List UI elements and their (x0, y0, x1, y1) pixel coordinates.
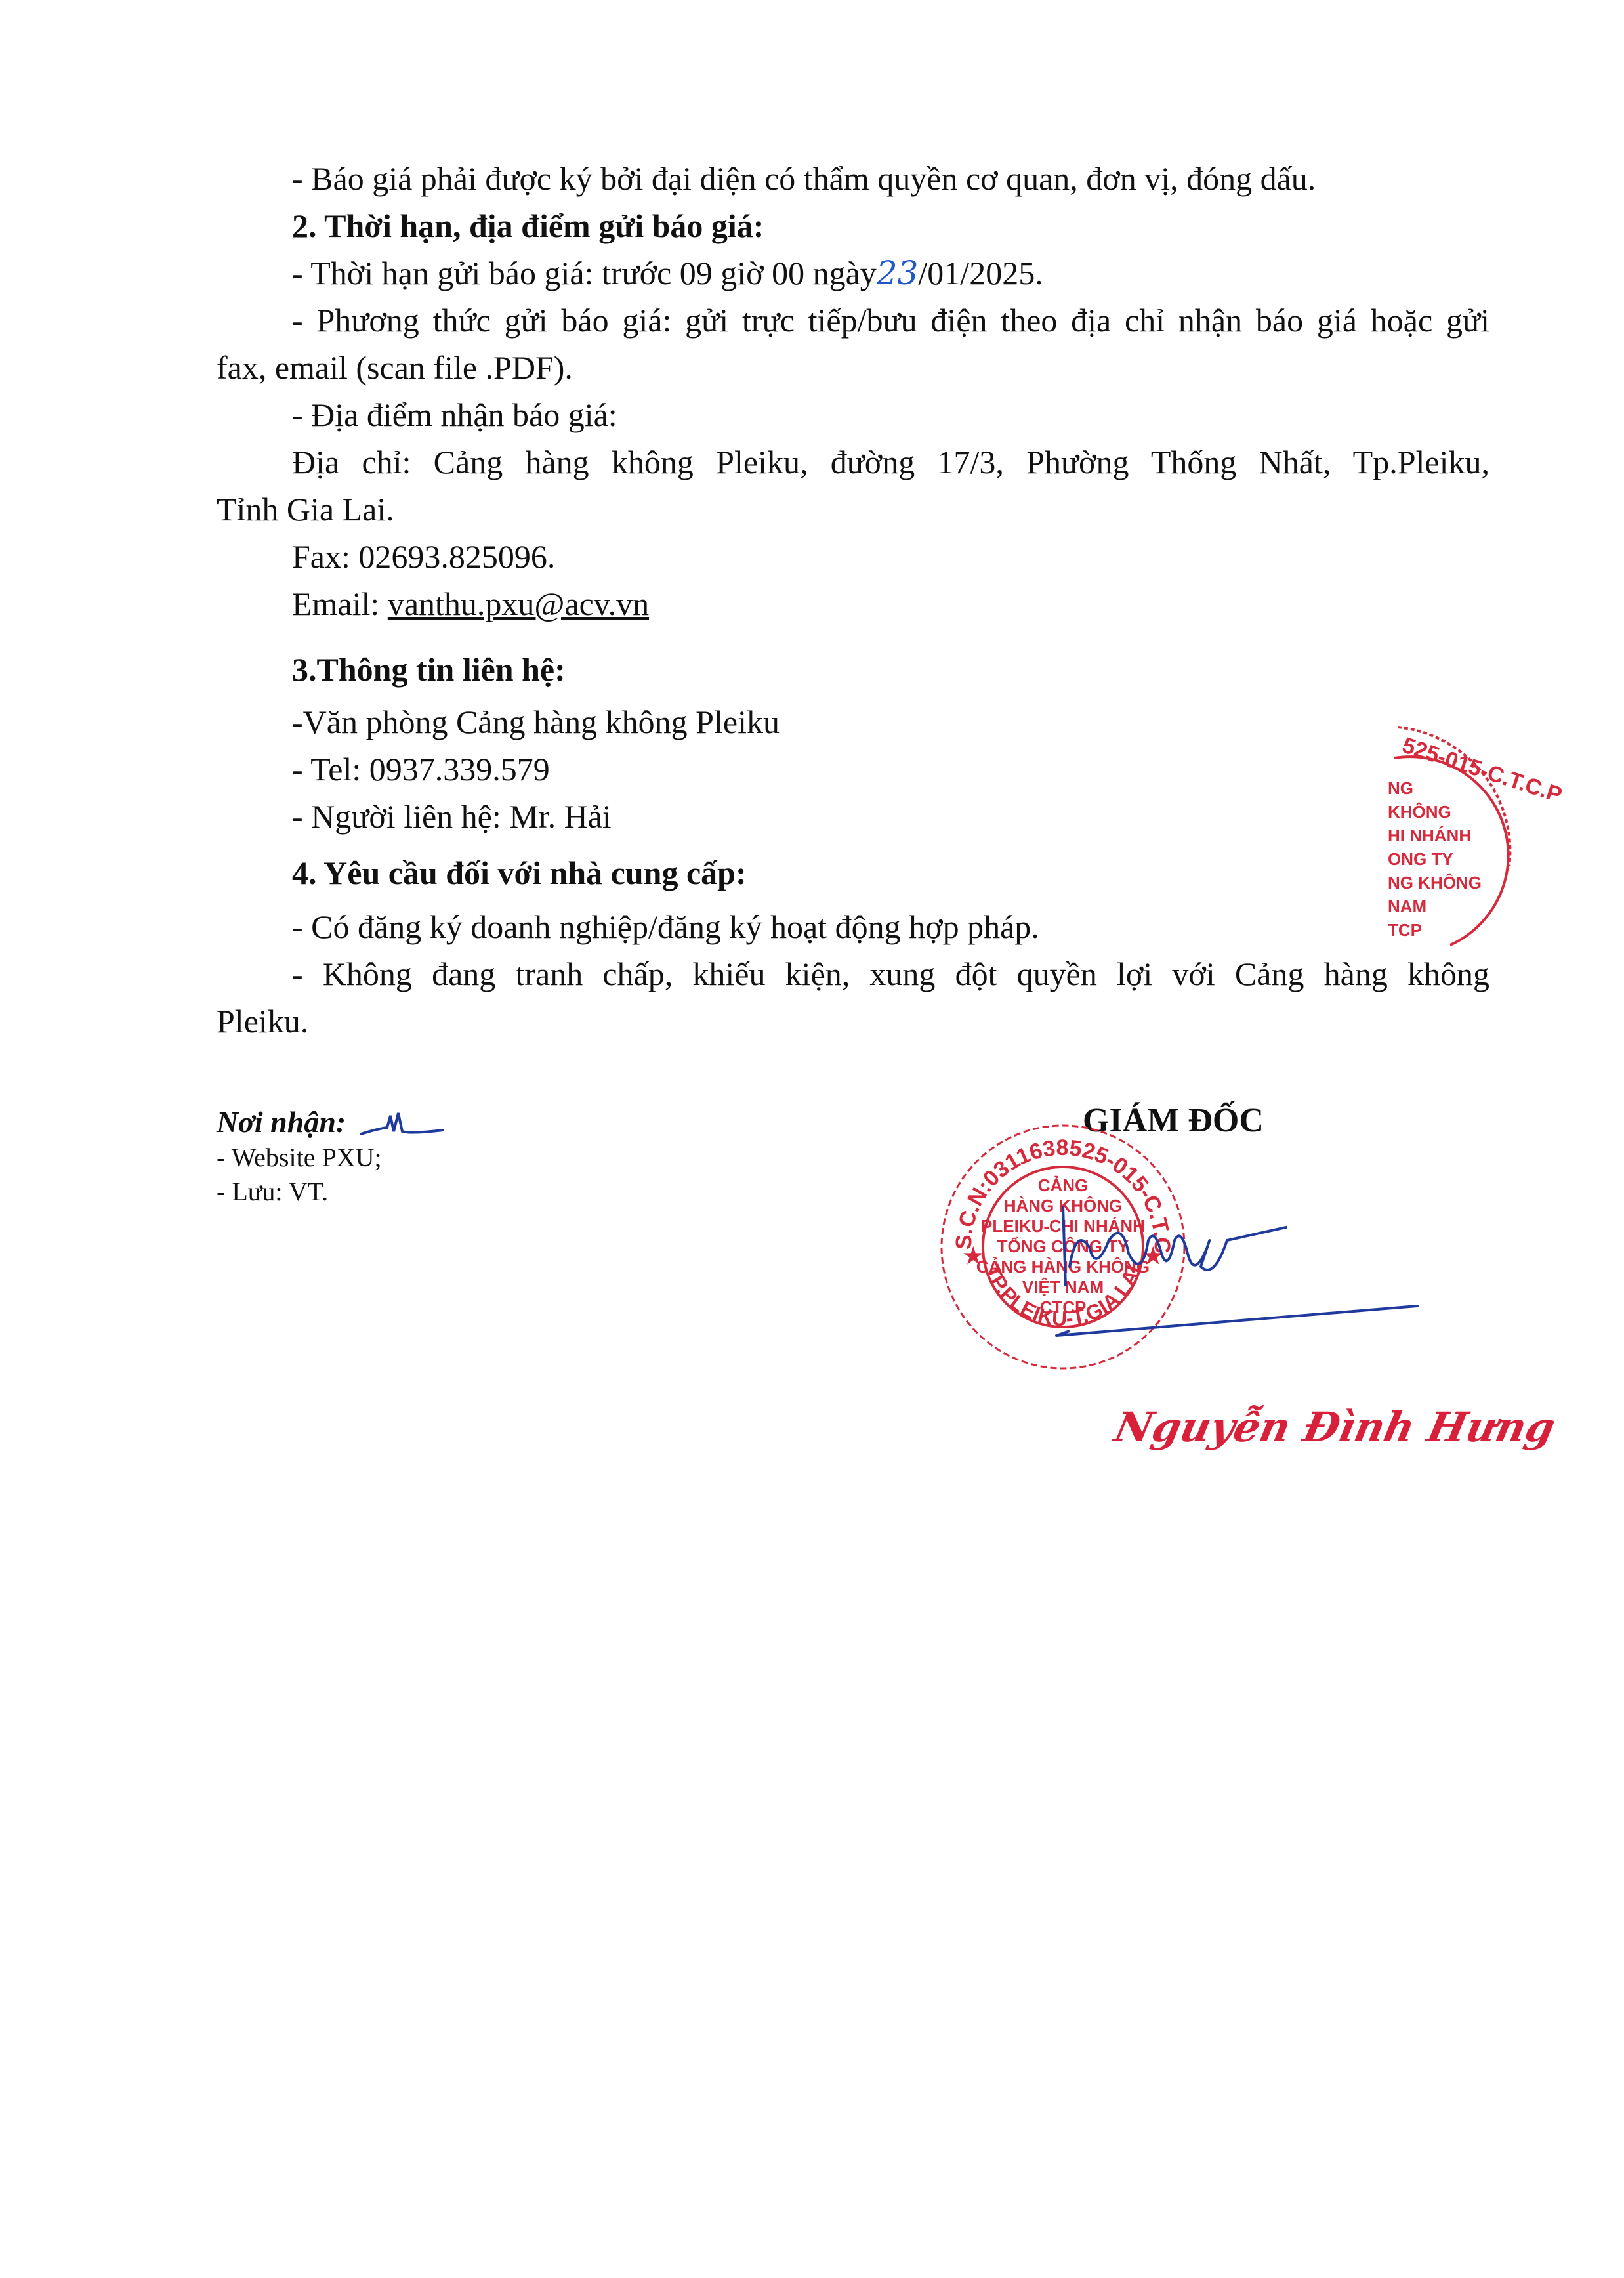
svg-text:NG KHÔNG: NG KHÔNG (1388, 873, 1482, 893)
contact-tel: - Tel: 0937.339.579 (292, 749, 1489, 789)
partial-stamp-icon: 525-015-C.T.C.P NG KHÔNG HI NHÁNH ONG TY… (1378, 722, 1509, 971)
fax-line: Fax: 02693.825096. (292, 537, 1489, 576)
recipient-item: - Website PXU; (217, 1141, 1489, 1175)
contact-office: -Văn phòng Cảng hàng không Pleiku (292, 702, 1489, 742)
email-label: Email: (292, 585, 388, 622)
requirement-1: - Có đăng ký doanh nghiệp/đăng ký hoạt đ… (292, 907, 1489, 946)
svg-text:TCP: TCP (1388, 920, 1422, 940)
initials-icon (358, 1109, 449, 1142)
recipients-title: Nơi nhận: (217, 1103, 346, 1142)
email-line: Email: vanthu.pxu@acv.vn (292, 584, 1489, 623)
location-label: - Địa điểm nhận báo giá: (292, 395, 1489, 434)
email-link[interactable]: vanthu.pxu@acv.vn (388, 585, 649, 622)
svg-text:NG: NG (1388, 778, 1413, 798)
requirement-2-line-1: - Không đang tranh chấp, khiếu kiện, xun… (292, 954, 1489, 994)
section-4-heading: 4. Yêu cầu đối với nhà cung cấp: (292, 853, 1489, 893)
svg-text:NAM: NAM (1388, 896, 1426, 916)
signature-requirement: - Báo giá phải được ký bởi đại diện có t… (292, 159, 1489, 198)
requirement-2-line-2: Pleiku. (217, 1002, 1489, 1041)
signer-name: Nguyễn Đình Hưng (1110, 1401, 1560, 1454)
method-line-1: - Phương thức gửi báo giá: gửi trực tiếp… (292, 301, 1489, 340)
address-line-1: Địa chỉ: Cảng hàng không Pleiku, đường 1… (292, 442, 1489, 482)
address-line-2: Tỉnh Gia Lai. (217, 490, 1489, 529)
svg-text:ONG TY: ONG TY (1388, 849, 1453, 869)
svg-text:KHÔNG: KHÔNG (1388, 802, 1451, 822)
deadline-line: - Thời hạn gửi báo giá: trước 09 giờ 00 … (292, 253, 1489, 293)
section-3-heading: 3.Thông tin liên hệ: (292, 650, 1489, 689)
director-signature-icon (1050, 1188, 1417, 1359)
section-2-heading: 2. Thời hạn, địa điểm gửi báo giá: (292, 206, 1489, 245)
method-line-2: fax, email (scan file .PDF). (217, 348, 1489, 387)
svg-text:HI NHÁNH: HI NHÁNH (1388, 826, 1471, 845)
handwritten-day: 23 (877, 254, 919, 292)
deadline-suffix: /01/2025. (918, 255, 1043, 291)
contact-person: - Người liên hệ: Mr. Hải (292, 797, 1489, 836)
deadline-prefix: - Thời hạn gửi báo giá: trước 09 giờ 00 … (292, 255, 877, 291)
partial-stamp-number: 525-015-C.T.C.P (1400, 732, 1566, 807)
